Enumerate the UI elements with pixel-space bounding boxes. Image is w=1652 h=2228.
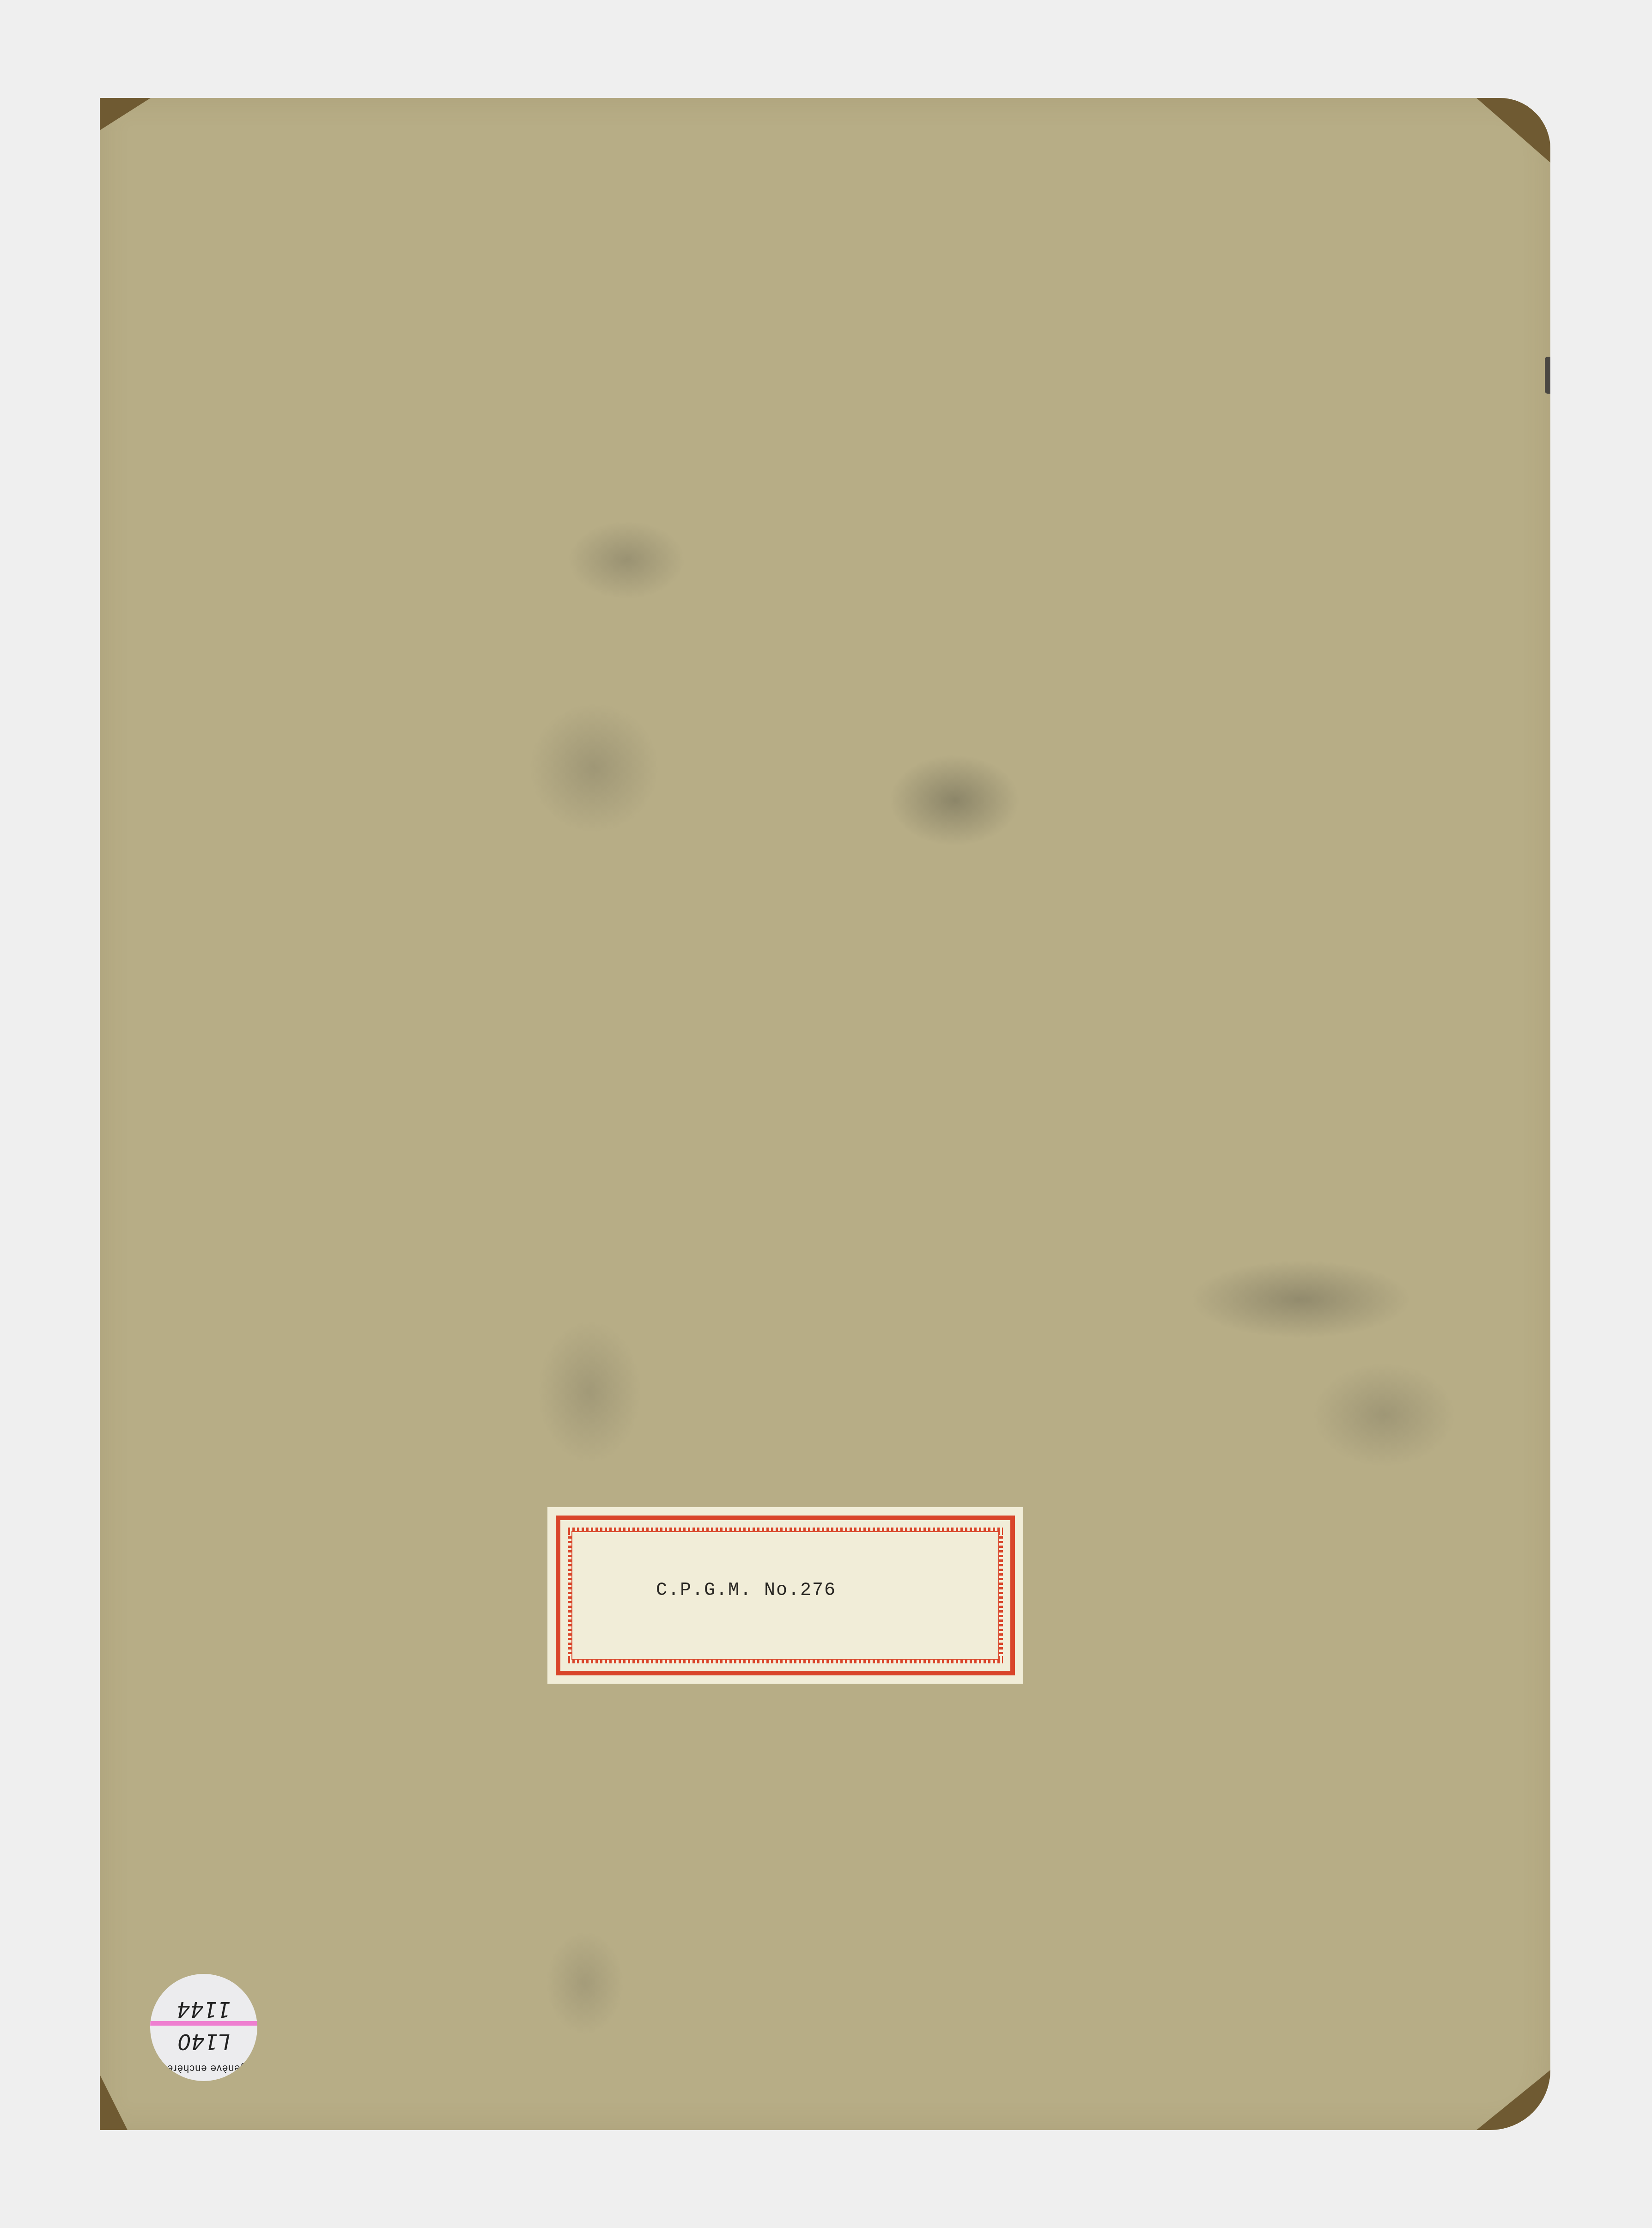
worn-corner-top-right	[1476, 98, 1550, 163]
worn-corner-top-left	[100, 98, 151, 130]
sticker-handwritten-line-2: 1144	[150, 1997, 257, 2022]
worn-corner-bottom-right	[1476, 2070, 1550, 2130]
auction-lot-sticker: genève enchères L140 1144	[150, 1974, 257, 2081]
edge-tab-mark	[1545, 357, 1550, 394]
sticker-auction-house: genève enchères	[150, 2063, 257, 2075]
folder-back-cover	[100, 98, 1550, 2130]
sticker-handwritten-line-1: L140	[150, 2029, 257, 2054]
worn-corner-bottom-left	[100, 2075, 128, 2130]
label-catalog-number: C.P.G.M. No.276	[547, 1580, 1023, 1601]
catalog-label: C.P.G.M. No.276	[547, 1507, 1023, 1684]
